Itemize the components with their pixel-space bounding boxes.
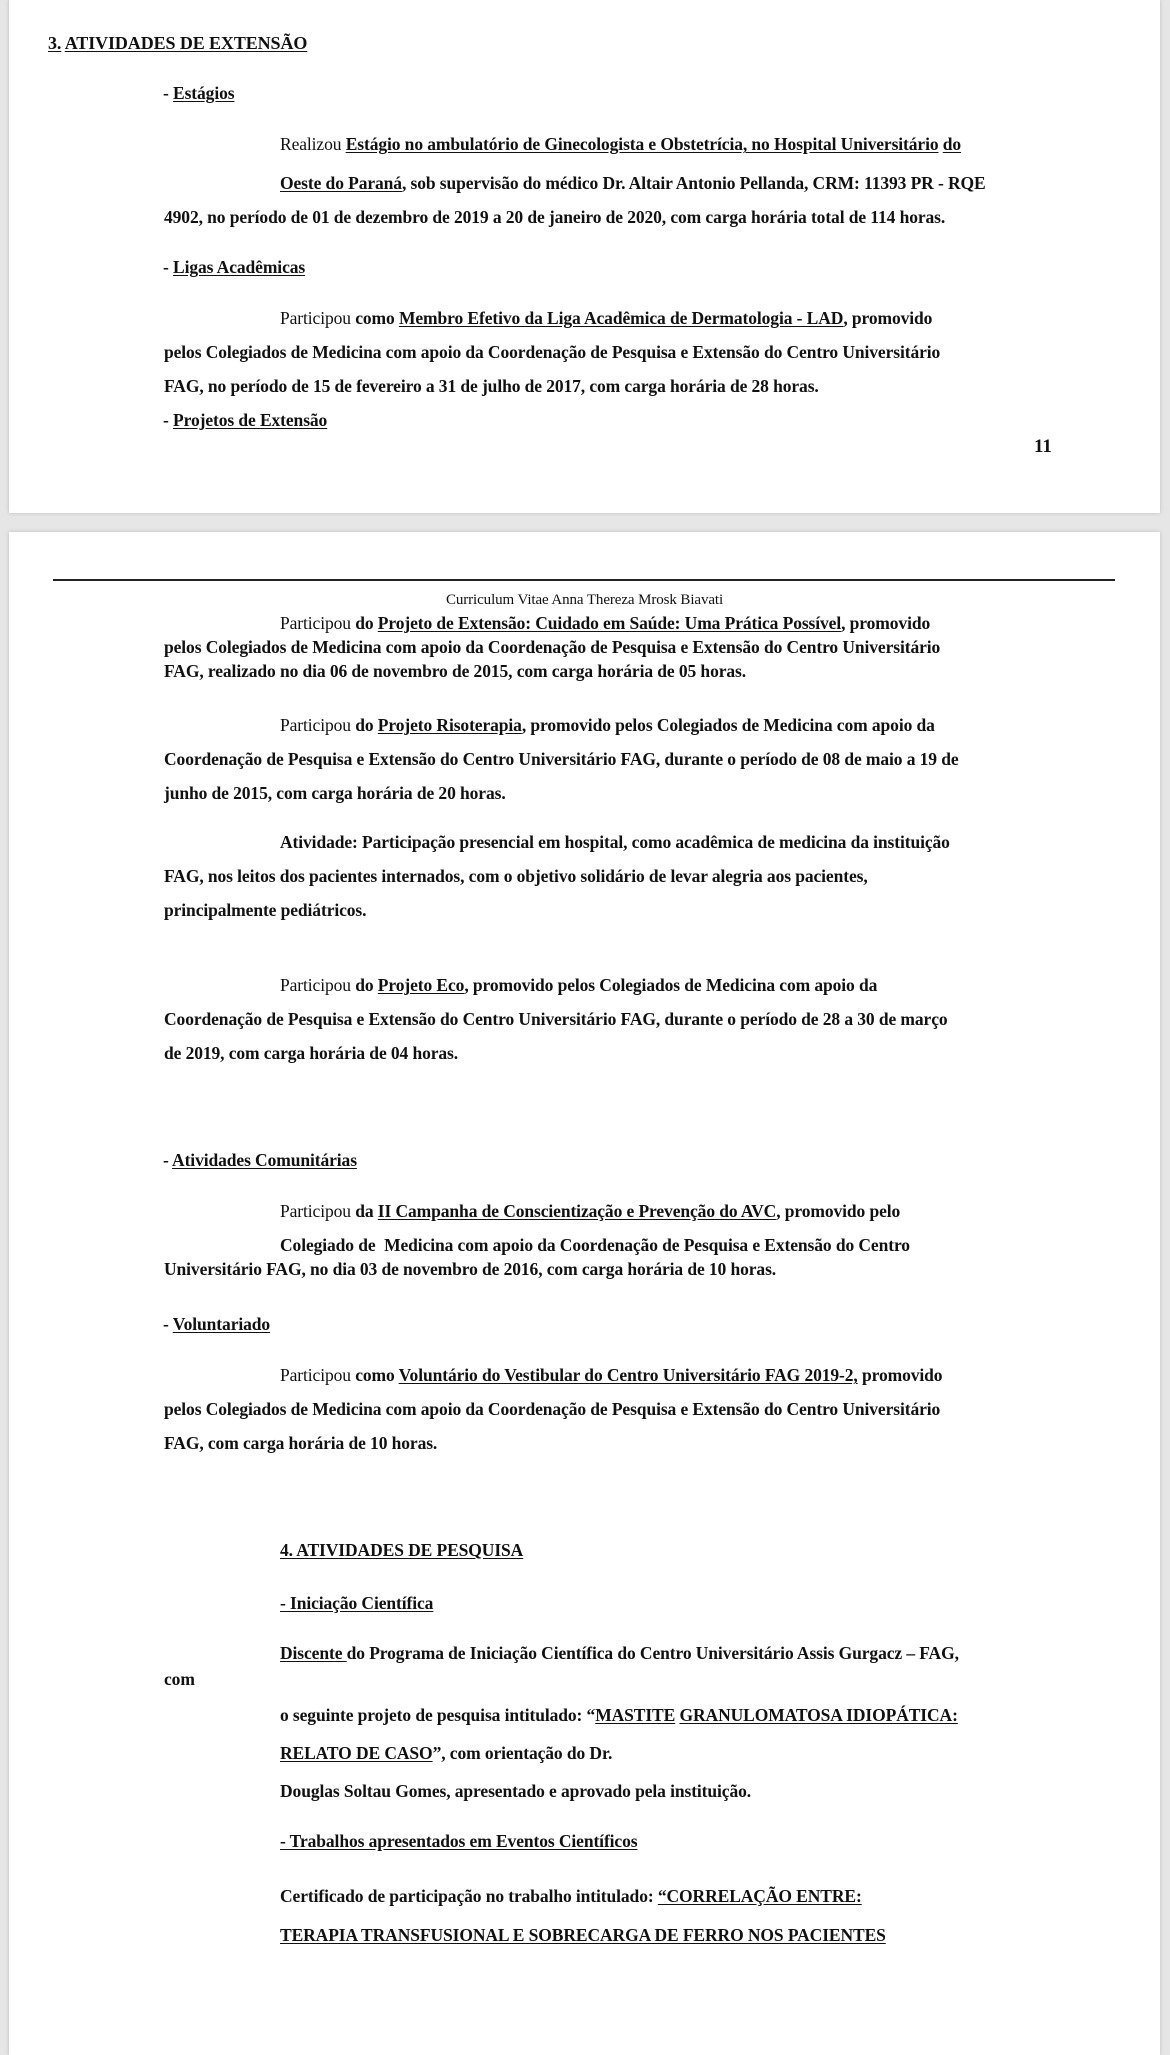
text: do <box>355 613 378 633</box>
subheading-iniciacao: - Iniciação Científica <box>280 1592 433 1614</box>
subheading-text: Voluntariado <box>173 1314 270 1334</box>
subheading-comunitarias: - Atividades Comunitárias <box>163 1149 357 1171</box>
comunitarias-line-1: Participou da II Campanha de Conscientiz… <box>280 1200 900 1222</box>
text: , promovido <box>841 613 930 633</box>
text: Participou <box>280 613 355 633</box>
document-page-12: Curriculum Vitae Anna Thereza Mrosk Biav… <box>9 532 1160 2055</box>
page-number: 11 <box>1034 436 1052 458</box>
estagio-line-1: Realizou Estágio no ambulatório de Ginec… <box>280 133 961 155</box>
iniciacao-com: com <box>164 1668 195 1690</box>
text: do <box>355 975 378 995</box>
section-number: 3. <box>48 33 61 53</box>
underlined-title: “CORRELAÇÃO ENTRE: <box>658 1886 862 1906</box>
underlined-title: Projeto Eco <box>378 975 465 995</box>
cuidado-line-3: FAG, realizado no dia 06 de novembro de … <box>164 660 746 682</box>
trabalhos-line-2: TERAPIA TRANSFUSIONAL E SOBRECARGA DE FE… <box>280 1924 886 1946</box>
trabalhos-line-1: Certificado de participação no trabalho … <box>280 1885 862 1907</box>
voluntariado-line-1: Participou como Voluntário do Vestibular… <box>280 1364 942 1386</box>
subheading-text: Projetos de Extensão <box>173 410 327 430</box>
text: Participou <box>280 1201 355 1221</box>
subheading-text: Atividades Comunitárias <box>172 1150 357 1170</box>
subheading-projetos: - Projetos de Extensão <box>163 409 327 431</box>
underlined-title: Voluntário do Vestibular do Centro Unive… <box>399 1365 858 1385</box>
section-heading-extensao: 3. ATIVIDADES DE EXTENSÃO <box>48 32 307 54</box>
bullet-dash: - <box>163 257 169 277</box>
atividade-line-1: Atividade: Participação presencial em ho… <box>280 831 950 853</box>
underlined-title: Projeto de Extensão: Cuidado em Saúde: U… <box>378 613 841 633</box>
text: promovido <box>858 1365 943 1385</box>
underlined-title: RELATO DE CASO <box>280 1743 433 1763</box>
text: , promovido <box>843 308 932 328</box>
text: da <box>355 1201 378 1221</box>
underlined-title: MASTITE <box>595 1705 675 1725</box>
underlined-title: do <box>943 134 961 154</box>
running-header: Curriculum Vitae Anna Thereza Mrosk Biav… <box>9 589 1160 611</box>
iniciacao-line-1: Discente do Programa de Iniciação Cientí… <box>280 1642 959 1664</box>
text: como <box>355 308 399 328</box>
underlined-title: Estágio no ambulatório de Ginecologista … <box>346 134 939 154</box>
eco-line-1: Participou do Projeto Eco, promovido pel… <box>280 974 877 996</box>
bullet-dash: - <box>163 1314 169 1334</box>
text: Participou <box>280 975 355 995</box>
header-rule <box>53 579 1115 581</box>
section-heading-pesquisa: 4. ATIVIDADES DE PESQUISA <box>280 1539 523 1561</box>
cuidado-line-1: Participou do Projeto de Extensão: Cuida… <box>280 612 930 634</box>
bullet-dash: - <box>163 83 169 103</box>
iniciacao-line-4: Douglas Soltau Gomes, apresentado e apro… <box>280 1780 751 1802</box>
subheading-text: Ligas Acadêmicas <box>173 257 305 277</box>
eco-line-2: Coordenação de Pesquisa e Extensão do Ce… <box>164 1008 948 1030</box>
risoterapia-line-1: Participou do Projeto Risoterapia, promo… <box>280 714 935 736</box>
text: do <box>355 715 378 735</box>
underlined-title: Discente <box>280 1643 347 1663</box>
text: como <box>355 1365 398 1385</box>
ligas-line-3: FAG, no período de 15 de fevereiro a 31 … <box>164 375 819 397</box>
bullet-dash: - <box>163 410 169 430</box>
text: Participou <box>280 1365 355 1385</box>
comunitarias-line-3: Universitário FAG, no dia 03 de novembro… <box>164 1258 776 1280</box>
voluntariado-line-2: pelos Colegiados de Medicina com apoio d… <box>164 1398 940 1420</box>
estagio-line-2: Oeste do Paraná, sob supervisão do médic… <box>280 172 986 194</box>
risoterapia-line-3: junho de 2015, com carga horária de 20 h… <box>164 782 506 804</box>
text: o seguinte projeto de pesquisa intitulad… <box>280 1705 595 1725</box>
text: Realizou <box>280 134 346 154</box>
text: , promovido pelo <box>776 1201 900 1221</box>
text: Participou <box>280 308 355 328</box>
subheading-trabalhos: - Trabalhos apresentados em Eventos Cien… <box>280 1830 637 1852</box>
underlined-title: Membro Efetivo da Liga Acadêmica de Derm… <box>399 308 843 328</box>
ligas-line-1: Participou como Membro Efetivo da Liga A… <box>280 307 932 329</box>
risoterapia-line-2: Coordenação de Pesquisa e Extensão do Ce… <box>164 748 959 770</box>
iniciacao-line-2: o seguinte projeto de pesquisa intitulad… <box>280 1704 958 1726</box>
iniciacao-line-3: RELATO DE CASO”, com orientação do Dr. <box>280 1742 612 1764</box>
text: , promovido pelos Colegiados de Medicina… <box>522 715 935 735</box>
text: Certificado de participação no trabalho … <box>280 1886 658 1906</box>
eco-line-3: de 2019, com carga horária de 04 horas. <box>164 1042 458 1064</box>
underlined-title: Projeto Risoterapia <box>378 715 522 735</box>
section-title: ATIVIDADES DE EXTENSÃO <box>65 33 308 53</box>
voluntariado-line-3: FAG, com carga horária de 10 horas. <box>164 1432 437 1454</box>
underlined-title: GRANULOMATOSA IDIOPÁTICA: <box>679 1705 957 1725</box>
bullet-dash: - <box>163 1150 169 1170</box>
text: , promovido pelos Colegiados de Medicina… <box>464 975 877 995</box>
estagio-line-3: 4902, no período de 01 de dezembro de 20… <box>164 206 945 228</box>
subheading-ligas: - Ligas Acadêmicas <box>163 256 305 278</box>
subheading-text: Estágios <box>173 83 234 103</box>
cuidado-line-2: pelos Colegiados de Medicina com apoio d… <box>164 636 940 658</box>
atividade-line-3: principalmente pediátricos. <box>164 899 366 921</box>
ligas-line-2: pelos Colegiados de Medicina com apoio d… <box>164 341 940 363</box>
subheading-voluntariado: - Voluntariado <box>163 1313 270 1335</box>
text: ”, com orientação do Dr. <box>433 1743 613 1763</box>
underlined-title: II Campanha de Conscientização e Prevenç… <box>378 1201 776 1221</box>
text: Participou <box>280 715 355 735</box>
document-page-11: 3. ATIVIDADES DE EXTENSÃO - Estágios Rea… <box>9 0 1160 513</box>
atividade-line-2: FAG, nos leitos dos pacientes internados… <box>164 865 868 887</box>
underlined-title: Oeste do Paraná <box>280 173 402 193</box>
text: do Programa de Iniciação Científica do C… <box>347 1643 959 1663</box>
comunitarias-line-2: Colegiado de Medicina com apoio da Coord… <box>280 1234 910 1256</box>
subheading-estagios: - Estágios <box>163 82 234 104</box>
text: , sob supervisão do médico Dr. Altair An… <box>402 173 986 193</box>
